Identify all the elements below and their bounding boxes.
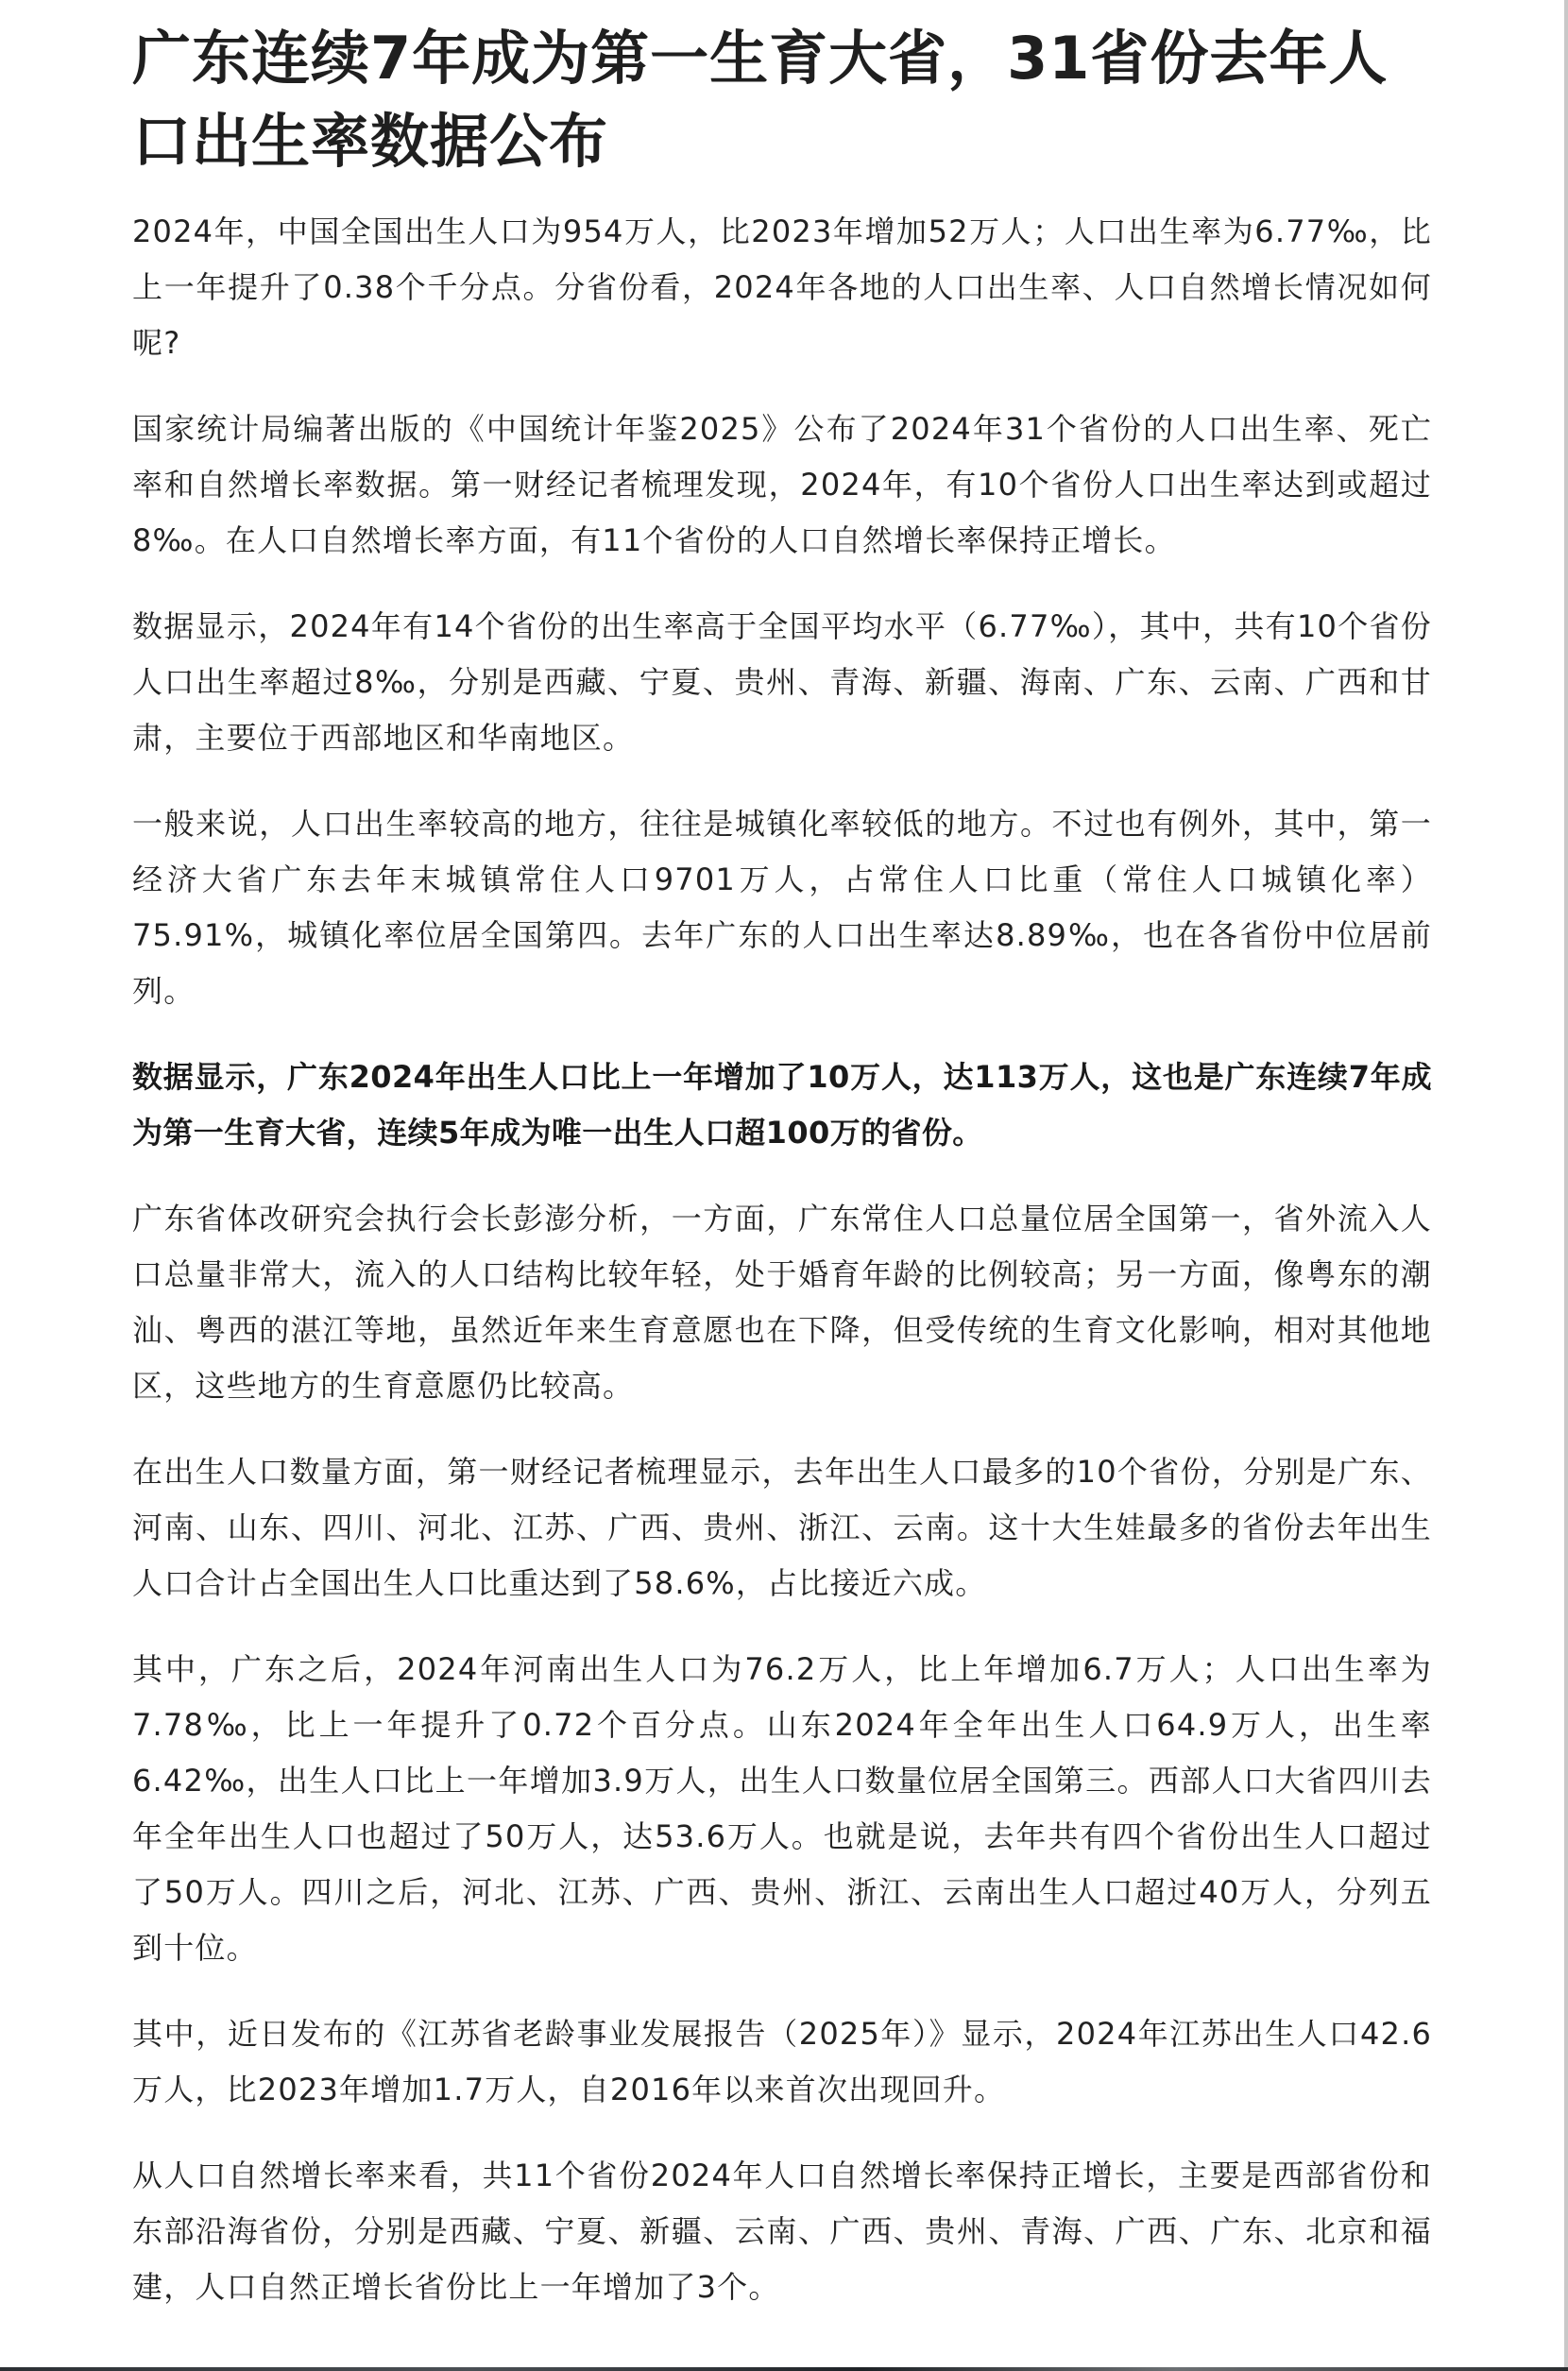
paragraph-henan-shandong-sichuan: 其中，广东之后，2024年河南出生人口为76.2万人，比上年增加6.7万人；人口…: [132, 1642, 1432, 1976]
paragraph-statistical-yearbook: 国家统计局编著出版的《中国统计年鉴2025》公布了2024年31个省份的人口出生…: [132, 401, 1432, 569]
paragraph-expert-analysis: 广东省体改研究会执行会长彭澎分析，一方面，广东常住人口总量位居全国第一，省外流入…: [132, 1191, 1432, 1414]
paragraph-top-ten-provinces: 在出生人口数量方面，第一财经记者梳理显示，去年出生人口最多的10个省份，分别是广…: [132, 1444, 1432, 1612]
paragraph-urbanization-guangdong: 一般来说，人口出生率较高的地方，往往是城镇化率较低的地方。不过也有例外，其中，第…: [132, 796, 1432, 1019]
bottom-edge-strip: [0, 2367, 1568, 2371]
paragraph-above-average-provinces: 数据显示，2024年有14个省份的出生率高于全国平均水平（6.77‰），其中，共…: [132, 599, 1432, 766]
article: 广东连续7年成为第一生育大省，31省份去年人口出生率数据公布 2024年，中国全…: [132, 17, 1432, 2345]
paragraph-guangdong-highlight: 数据显示，广东2024年出生人口比上一年增加了10万人，达113万人，这也是广东…: [132, 1049, 1432, 1161]
vertical-scrollbar[interactable]: [1564, 0, 1568, 2367]
paragraph-natural-growth: 从人口自然增长率来看，共11个省份2024年人口自然增长率保持正增长，主要是西部…: [132, 2148, 1432, 2315]
paragraph-jiangsu-report: 其中，近日发布的《江苏省老龄事业发展报告（2025年）》显示，2024年江苏出生…: [132, 2006, 1432, 2118]
paragraph-national-births: 2024年，中国全国出生人口为954万人，比2023年增加52万人；人口出生率为…: [132, 204, 1432, 371]
article-title: 广东连续7年成为第一生育大省，31省份去年人口出生率数据公布: [132, 17, 1432, 183]
